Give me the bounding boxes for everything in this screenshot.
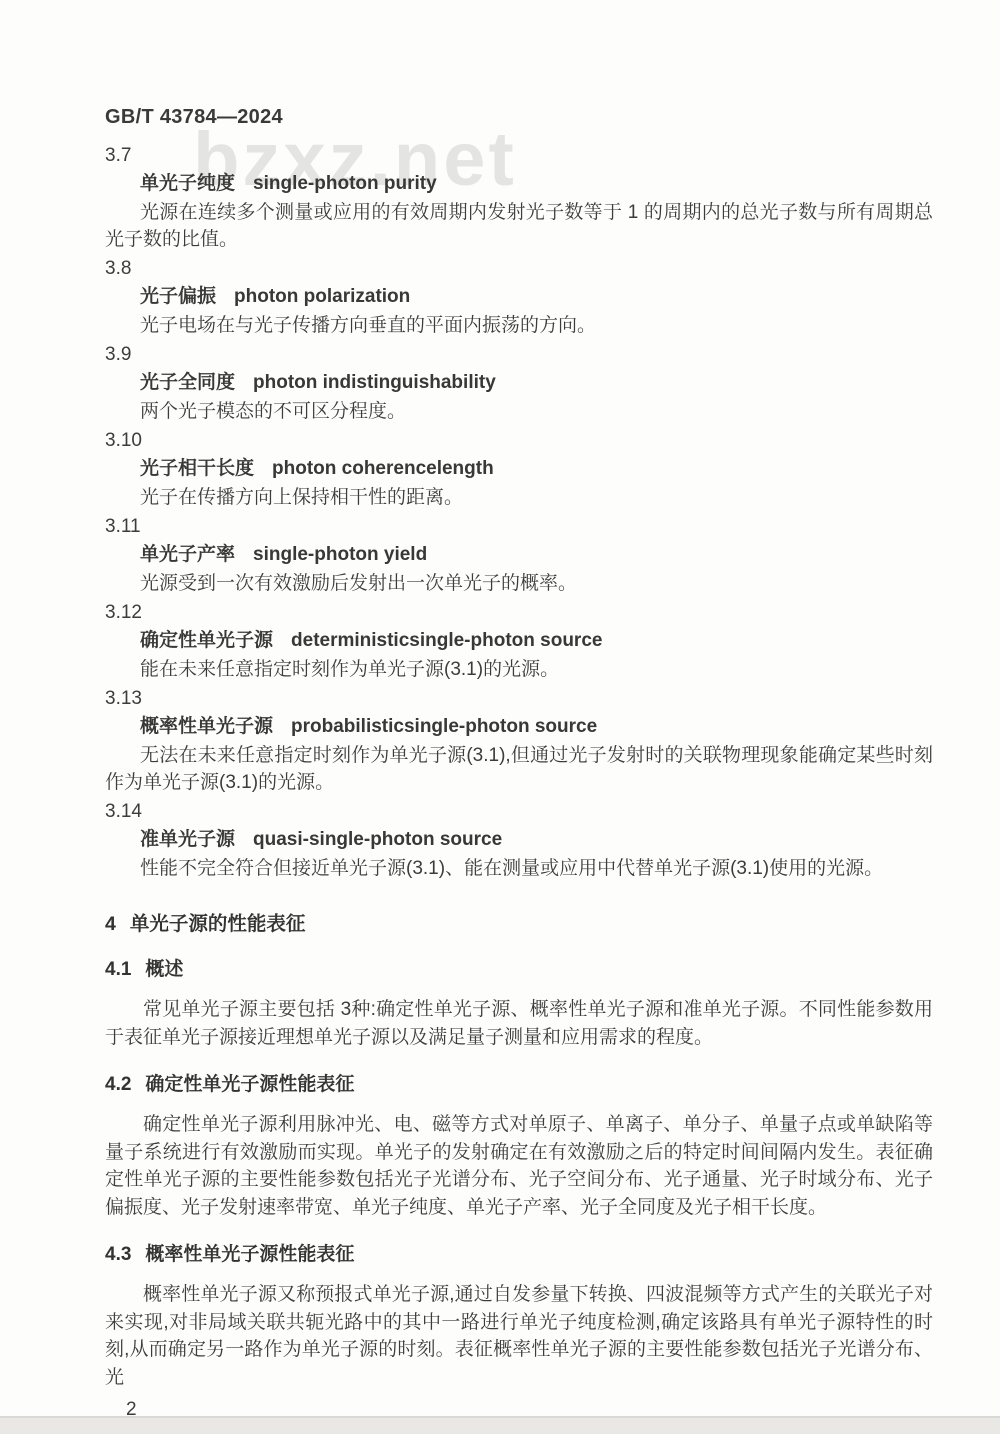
term-title-line: 单光子产率single-photon yield	[105, 541, 933, 568]
term-entry: 3.13 概率性单光子源probabilisticsingle-photon s…	[105, 685, 933, 796]
subsection: 4.2确定性单光子源性能表征 确定性单光子源利用脉冲光、电、磁等方式对单原子、单…	[105, 1069, 933, 1221]
term-zh: 单光子纯度	[140, 173, 235, 194]
subsection-heading: 4.1概述	[105, 954, 933, 981]
term-en: photon coherencelength	[272, 458, 494, 479]
term-en: single-photon yield	[253, 544, 427, 565]
term-number: 3.7	[105, 142, 933, 169]
subsection: 4.1概述 常见单光子源主要包括 3种:确定性单光子源、概率性单光子源和准单光子…	[105, 954, 933, 1051]
section-4-body: 4.1概述 常见单光子源主要包括 3种:确定性单光子源、概率性单光子源和准单光子…	[105, 954, 933, 1391]
term-entry: 3.14 准单光子源quasi-single-photon source 性能不…	[105, 798, 933, 882]
subsection-title: 概率性单光子源性能表征	[145, 1244, 354, 1265]
term-en: quasi-single-photon source	[253, 829, 502, 850]
term-en: single-photon purity	[253, 173, 437, 194]
footer-band	[0, 1416, 1000, 1434]
term-number: 3.9	[105, 341, 933, 368]
subsection-number: 4.1	[105, 959, 131, 980]
term-title-line: 光子全同度photon indistinguishability	[105, 369, 933, 396]
subsection-paragraph: 概率性单光子源又称预报式单光子源,通过自发参量下转换、四波混频等方式产生的关联光…	[105, 1281, 933, 1391]
term-title-line: 准单光子源quasi-single-photon source	[105, 826, 933, 853]
term-zh: 确定性单光子源	[140, 630, 273, 651]
term-number: 3.11	[105, 513, 933, 540]
term-number: 3.10	[105, 427, 933, 454]
terms-list: 3.7 单光子纯度single-photon purity 光源在连续多个测量或…	[105, 142, 933, 882]
subsection-title: 概述	[145, 959, 183, 980]
term-definition: 光子电场在与光子传播方向垂直的平面内振荡的方向。	[105, 312, 933, 339]
term-title-line: 确定性单光子源deterministicsingle-photon source	[105, 627, 933, 654]
term-entry: 3.11 单光子产率single-photon yield 光源受到一次有效激励…	[105, 513, 933, 597]
subsection-paragraph: 常见单光子源主要包括 3种:确定性单光子源、概率性单光子源和准单光子源。不同性能…	[105, 996, 933, 1051]
term-definition: 光源受到一次有效激励后发射出一次单光子的概率。	[105, 570, 933, 597]
term-entry: 3.8 光子偏振photon polarization 光子电场在与光子传播方向…	[105, 255, 933, 339]
term-number: 3.8	[105, 255, 933, 282]
subsection-paragraph: 确定性单光子源利用脉冲光、电、磁等方式对单原子、单离子、单分子、单量子点或单缺陷…	[105, 1111, 933, 1221]
term-number: 3.12	[105, 599, 933, 626]
term-zh: 单光子产率	[140, 544, 235, 565]
term-entry: 3.9 光子全同度photon indistinguishability 两个光…	[105, 341, 933, 425]
section-4-number: 4	[105, 913, 116, 935]
term-definition: 光子在传播方向上保持相干性的距离。	[105, 484, 933, 511]
term-title-line: 光子偏振photon polarization	[105, 283, 933, 310]
subsection: 4.3概率性单光子源性能表征 概率性单光子源又称预报式单光子源,通过自发参量下转…	[105, 1239, 933, 1391]
term-definition: 能在未来任意指定时刻作为单光子源(3.1)的光源。	[105, 656, 933, 683]
subsection-heading: 4.2确定性单光子源性能表征	[105, 1069, 933, 1096]
section-4-heading: 4单光子源的性能表征	[105, 908, 933, 936]
subsection-paragraphs: 确定性单光子源利用脉冲光、电、磁等方式对单原子、单离子、单分子、单量子点或单缺陷…	[105, 1111, 933, 1221]
section-4-title: 单光子源的性能表征	[130, 913, 306, 935]
term-definition: 两个光子模态的不可区分程度。	[105, 398, 933, 425]
term-title-line: 单光子纯度single-photon purity	[105, 170, 933, 197]
subsection-number: 4.2	[105, 1074, 131, 1095]
term-definition: 性能不完全符合但接近单光子源(3.1)、能在测量或应用中代替单光子源(3.1)使…	[105, 855, 933, 882]
term-en: probabilisticsingle-photon source	[291, 716, 597, 737]
term-definition: 光源在连续多个测量或应用的有效周期内发射光子数等于 1 的周期内的总光子数与所有…	[105, 199, 933, 253]
term-title-line: 概率性单光子源probabilisticsingle-photon source	[105, 713, 933, 740]
page-content: GB/T 43784—2024 3.7 单光子纯度single-photon p…	[105, 0, 933, 1421]
term-entry: 3.10 光子相干长度photon coherencelength 光子在传播方…	[105, 427, 933, 511]
subsection-paragraphs: 概率性单光子源又称预报式单光子源,通过自发参量下转换、四波混频等方式产生的关联光…	[105, 1281, 933, 1391]
term-zh: 准单光子源	[140, 829, 235, 850]
term-en: deterministicsingle-photon source	[291, 630, 602, 651]
document-page: bzxz.net GB/T 43784—2024 3.7 单光子纯度single…	[0, 0, 1000, 1434]
subsection-paragraphs: 常见单光子源主要包括 3种:确定性单光子源、概率性单光子源和准单光子源。不同性能…	[105, 996, 933, 1051]
term-en: photon indistinguishability	[253, 372, 496, 393]
term-en: photon polarization	[234, 286, 410, 307]
term-entry: 3.7 单光子纯度single-photon purity 光源在连续多个测量或…	[105, 142, 933, 253]
term-definition: 无法在未来任意指定时刻作为单光子源(3.1),但通过光子发射时的关联物理现象能确…	[105, 742, 933, 796]
term-number: 3.14	[105, 798, 933, 825]
term-number: 3.13	[105, 685, 933, 712]
term-zh: 概率性单光子源	[140, 716, 273, 737]
subsection-heading: 4.3概率性单光子源性能表征	[105, 1239, 933, 1266]
term-zh: 光子相干长度	[140, 458, 254, 479]
subsection-number: 4.3	[105, 1244, 131, 1265]
term-zh: 光子全同度	[140, 372, 235, 393]
term-entry: 3.12 确定性单光子源deterministicsingle-photon s…	[105, 599, 933, 683]
subsection-title: 确定性单光子源性能表征	[145, 1074, 354, 1095]
term-title-line: 光子相干长度photon coherencelength	[105, 455, 933, 482]
term-zh: 光子偏振	[140, 286, 216, 307]
standard-number-header: GB/T 43784—2024	[105, 106, 933, 129]
